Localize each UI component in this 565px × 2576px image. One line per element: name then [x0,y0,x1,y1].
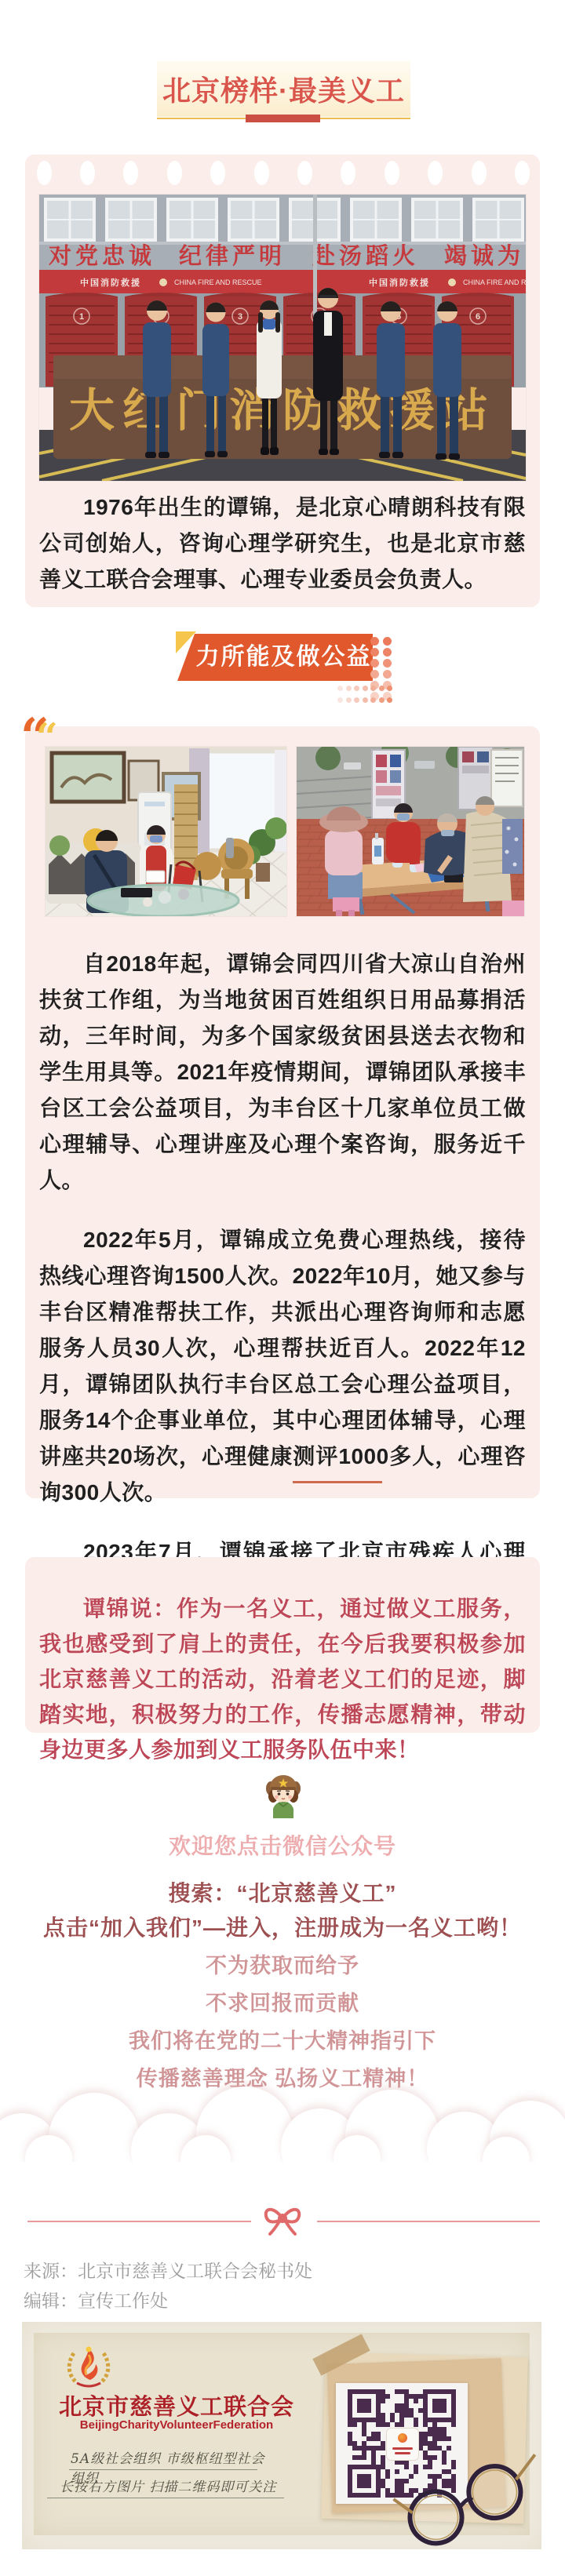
testimonial-text: 谭锦说：作为一名义工，通过做义工服务，我也感受到了肩上的责任，在今后我要积极参加… [39,1591,526,1767]
story-paragraph-1: 自2018年起，谭锦会同四川省大凉山自治州扶贫工作组，为当地贫困百姓组织日用品募… [39,946,526,1199]
building-slogan-3: 赴汤蹈火 [312,243,419,269]
scallop-dot [428,161,443,185]
glass-table [88,885,239,916]
dot-small [363,686,368,691]
article-page: 北京榜样·最美义工 对党忠诚 纪律严明 赴汤蹈火 竭诚为 中国消防救援 CHIN… [0,0,565,2576]
scallop-dot [254,161,269,185]
qr-module [352,2422,357,2427]
cta-join: 点击“加入我们”—进入，注册成为一名义工哟！ [0,1911,565,1942]
qr-module [381,2399,385,2403]
monument-text: 大红门消防救援站 [69,385,496,436]
qr-logo-flame [398,2433,407,2443]
qr-module [385,2422,390,2427]
qr-module [385,2394,390,2399]
svg-text:3: 3 [238,312,242,322]
qr-finder-core [357,2474,371,2488]
scallop-dot [472,161,487,185]
dot [383,670,392,679]
qr-module [447,2436,451,2441]
qr-module [385,2474,390,2479]
qr-module [381,2446,385,2450]
thermos [226,838,234,858]
band-en-left: CHINA FIRE AND RESCUE [174,278,262,286]
cta-slogan-1: 不为获取而给予 [0,1948,565,1979]
building-slogan-2: 纪律严明 [179,243,286,269]
scallop-dot [80,161,95,185]
band-en-right: CHINA FIRE AND RESCUE [463,278,526,286]
building-slogan-1: 对党忠诚 [49,243,155,269]
cta-slogan-3: 我们将在党的二十大精神指引下 [0,2024,565,2054]
intro-paragraph: 1976年出生的谭锦，是北京心晴朗科技有限公司创始人，咨询心理学研究生，也是北京… [39,489,526,598]
dot-small [387,686,392,691]
dot-small [363,697,368,703]
dot-small [387,697,392,703]
federation-logo [64,2342,113,2391]
dot [383,648,392,657]
eyeglasses [392,2452,546,2549]
cta-search: 搜索：“北京慈善义工” [0,1876,565,1908]
cloud-decoration [0,2080,565,2162]
dot [370,648,379,657]
qr-finder-core [432,2399,447,2413]
dot-small [346,697,352,703]
footer-org-name-cn: 北京市慈善义工联合会 [47,2389,306,2421]
dot-small [337,686,343,691]
dot-small [337,697,343,703]
hero-group-photo[interactable]: 对党忠诚 纪律严明 赴汤蹈火 竭诚为 中国消防救援 CHINA FIRE AND… [39,195,526,481]
dot-small [346,686,352,691]
home-visit-photo[interactable] [46,747,286,916]
footer-org-name-en: BeijingCharityVolunteerFederation [47,2418,306,2432]
divider-line-right [317,2221,540,2222]
building-slogan-4: 竭诚为 [444,243,524,269]
dot-small [354,697,359,703]
small-divider-line [293,1481,382,1483]
title-red-bar [246,115,320,122]
band-cn-left: 中国消防救援 [80,277,141,288]
credit-source: 来源：北京市慈善义工联合会秘书处 [24,2256,494,2286]
section-banner-label: 力所能及做公益 [195,634,373,681]
svg-text:1: 1 [79,312,84,322]
divider-line-left [27,2221,251,2222]
pink-stool [502,901,524,916]
dot-small [370,686,376,691]
scallop-dot [210,161,225,185]
underline-2 [47,2498,284,2498]
qr-logo-text-bar [392,2447,413,2450]
underline-1 [69,2469,257,2470]
dot [370,670,379,679]
qr-finder-core [357,2399,371,2413]
qr-module [447,2446,451,2450]
ribbon-bow-icon [262,2201,303,2239]
svg-text:6: 6 [476,312,480,322]
scallop-dot [297,161,312,185]
dot-small [379,697,385,703]
scallop-dot [167,161,182,185]
volunteer-mascot-icon [265,1768,301,1818]
scallop-dot [385,161,399,185]
qr-module [451,2422,456,2427]
dot [370,637,379,646]
cta-slogan-2: 不求回报而贡献 [0,1986,565,2017]
band-cn-right: 中国消防救援 [369,277,430,288]
dot-small [354,686,359,691]
qr-module [362,2455,366,2460]
footer-scan-hint: 长按右方图片 扫描二维码即可关注 [60,2476,295,2495]
dot-small [379,686,385,691]
story-paragraph-2: 2022年5月，谭锦成立免费心理热线，接待热线心理咨询1500人次。2022年1… [39,1222,526,1511]
qr-module [414,2399,418,2403]
dot [370,659,379,668]
cta-welcome: 欢迎您点击微信公众号 [0,1829,565,1861]
scallop-dot [37,161,52,185]
credit-editor: 编辑：宣传工作处 [24,2286,494,2316]
dot [383,659,392,668]
page-title: 北京榜样·最美义工 [157,69,410,109]
qr-module [399,2422,404,2427]
outdoor-booth-photo[interactable] [297,747,524,916]
dot-small [370,697,376,703]
scallop-dot [515,161,530,185]
dot [383,637,392,646]
qr-module [414,2422,418,2427]
